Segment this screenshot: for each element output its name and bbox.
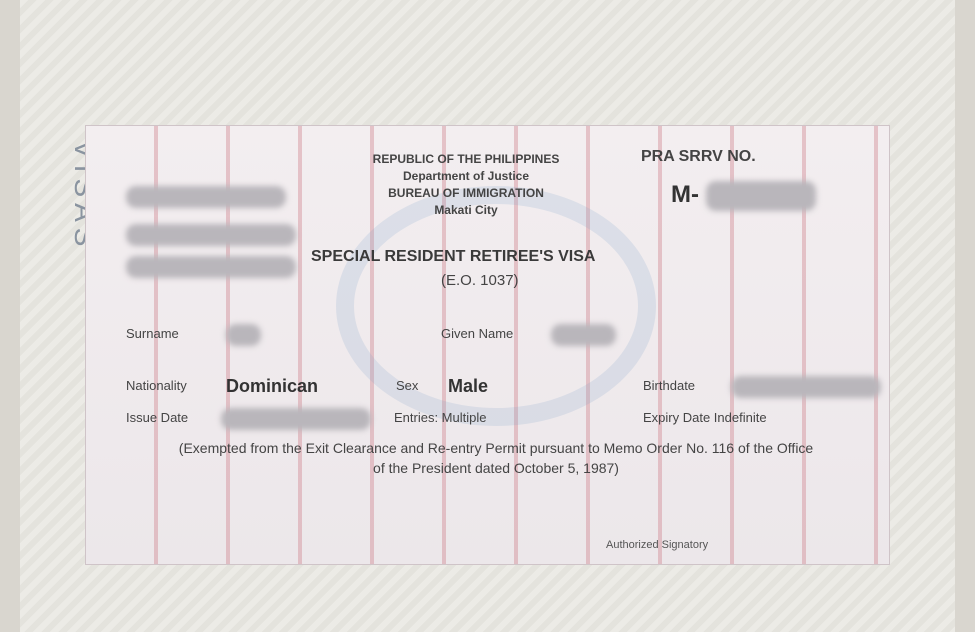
- sex-value: Male: [448, 376, 488, 397]
- visa-subtitle: (E.O. 1037): [441, 272, 519, 289]
- srrv-prefix: M-: [671, 181, 699, 209]
- passport-page: VISAS REPUBLIC OF THE PHILIPPINES Depart…: [20, 0, 955, 632]
- issuer-header: REPUBLIC OF THE PHILIPPINES Department o…: [326, 151, 606, 219]
- nationality-value: Dominican: [226, 376, 318, 397]
- visa-title: SPECIAL RESIDENT RETIREE'S VISA: [311, 248, 595, 266]
- given-name-label: Given Name: [441, 326, 513, 341]
- signature-label: Authorized Signatory: [606, 539, 708, 551]
- expiry-value: Expiry Date Indefinite: [643, 410, 767, 425]
- redacted-given-name: [551, 324, 616, 346]
- redacted-field: [126, 186, 286, 208]
- issue-date-label: Issue Date: [126, 410, 188, 425]
- redacted-field: [126, 224, 296, 246]
- seal-watermark-icon: [336, 186, 656, 426]
- redacted-surname: [226, 324, 261, 346]
- exemption-memo: (Exempted from the Exit Clearance and Re…: [176, 438, 816, 478]
- redacted-srrv-number: [706, 181, 816, 211]
- srrv-label: PRA SRRV NO.: [641, 148, 756, 166]
- birthdate-label: Birthdate: [643, 378, 695, 393]
- surname-label: Surname: [126, 326, 179, 341]
- redacted-birthdate: [731, 376, 881, 398]
- visa-sticker: REPUBLIC OF THE PHILIPPINES Department o…: [85, 125, 890, 565]
- sex-label: Sex: [396, 378, 418, 393]
- redacted-issue-date: [221, 408, 371, 430]
- entries-value: Entries: Multiple: [394, 410, 486, 425]
- redacted-field: [126, 256, 296, 278]
- nationality-label: Nationality: [126, 378, 187, 393]
